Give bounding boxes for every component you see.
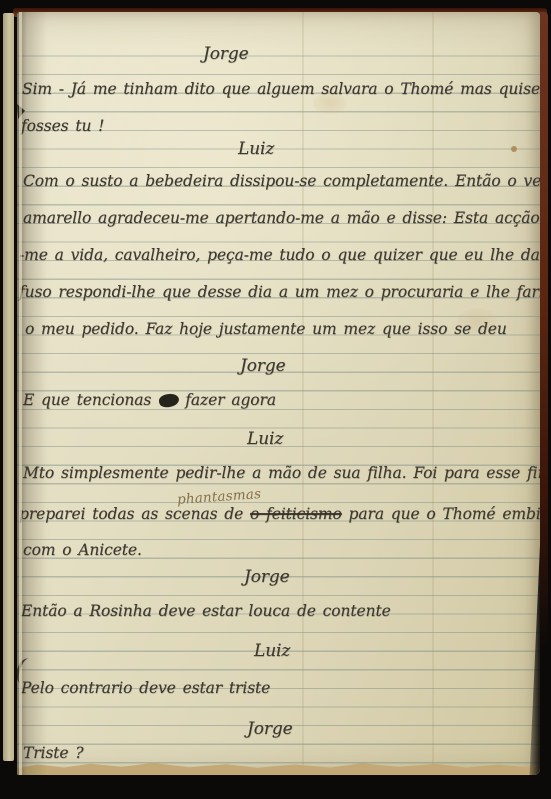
speaker-heading: Luiz (254, 641, 290, 661)
dialogue-line: Sim - Já me tinham dito que alguem salva… (22, 80, 540, 98)
dialogue-text: preparei todas as scenas de (19, 505, 250, 523)
dialogue-line: Com o susto a bebedeira dissipou-se comp… (23, 172, 540, 190)
speaker-heading: Jorge (244, 567, 290, 587)
speaker-heading: Jorge (240, 356, 286, 376)
page-gutter-shadow (17, 12, 51, 775)
dialogue-line: o meu pedido. Faz hoje justamente um mez… (25, 320, 507, 338)
ink-blot (158, 392, 180, 408)
dialogue-line: Mto simplesmente pedir-lhe a mão de sua … (23, 464, 540, 482)
dialogue-line: -me a vida, cavalheiro, peça-me tudo o q… (19, 246, 540, 264)
speaker-heading: Luiz (247, 429, 283, 449)
dialogue-line: Então a Rosinha deve estar louca de cont… (21, 602, 391, 620)
dialogue-line-with-blot: E que tencionasfazer agora (23, 391, 276, 409)
dialogue-text: para que o Thomé embirra-se (342, 505, 540, 523)
dialogue-line-with-strikethrough: preparei todas as scenas de o feiticismo… (19, 505, 540, 523)
notebook-page: Jorge Sim - Já me tinham dito que alguem… (17, 12, 540, 775)
stain (511, 146, 517, 152)
paper-crease (302, 12, 304, 775)
gutter-fold-highlight (19, 12, 22, 775)
dialogue-line: amarello agradeceu-me apertando-me a mão… (23, 209, 540, 227)
speaker-heading: Luiz (238, 139, 274, 159)
manuscript-photo: Jorge Sim - Já me tinham dito que alguem… (0, 0, 551, 799)
adjacent-page-sliver (3, 13, 14, 761)
dialogue-text: fazer agora (185, 391, 276, 409)
strikethrough-text: o feiticismo (250, 505, 342, 523)
speaker-heading: Jorge (247, 719, 293, 739)
dialogue-line: Pelo contrario deve estar triste (21, 679, 270, 697)
paper-crease (432, 12, 434, 775)
speaker-heading: Jorge (203, 44, 249, 64)
dialogue-line: fuso respondi-lhe que desse dia a um mez… (19, 283, 540, 301)
